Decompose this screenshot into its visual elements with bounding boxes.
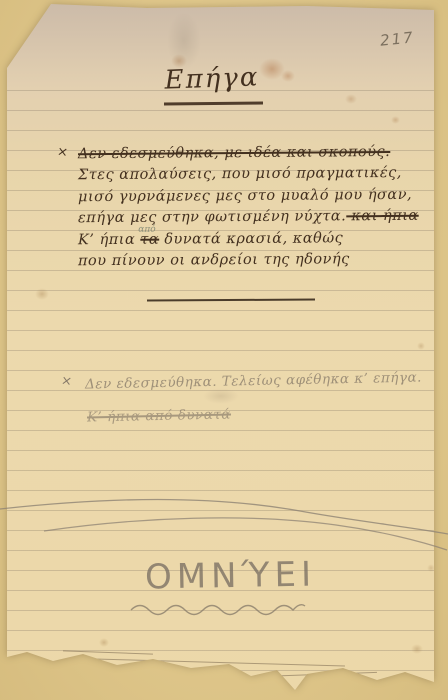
page-number: 217 <box>379 28 415 50</box>
inserted-word: από <box>138 219 156 241</box>
poem-line-5-pre: Κ’ ήπια <box>78 231 140 247</box>
struck-text: και ήπια <box>346 208 419 225</box>
manuscript-scan: { "page": { "number": "217" }, "title": … <box>0 0 448 700</box>
poem-title: Επήγα <box>127 61 298 97</box>
poem-line-5-post: δυνατά κρασιά, καθώς <box>159 230 343 247</box>
correction-segment: απότα <box>140 229 159 251</box>
pencil-struck-line: Κ’ ήπια από δυνατά <box>87 406 231 425</box>
poem-line-6: που πίνουν οι ανδρείοι της ηδονής <box>78 249 419 273</box>
poem-line-1: Δεν εδεσμεύθηκα, με ιδέα και σκοπούς. <box>78 142 419 166</box>
poem-stanza: Δεν εδεσμεύθηκα, με ιδέα και σκοπούς. Στ… <box>78 143 419 271</box>
poem-line-4: επήγα μες στην φωτισμένη νύχτα. και ήπια <box>78 206 419 230</box>
paper-sheet: 217 Επήγα × Δεν εδεσμεύθηκα, με ιδέα και… <box>7 4 434 694</box>
poem-line-3: μισό γυρνάμενες μες στο μυαλό μου ήσαν, <box>78 185 419 209</box>
pencil-caps-note: ΟΜΝΎΕΙ <box>145 555 317 598</box>
draft-x-mark: × <box>60 373 73 389</box>
crease-line <box>257 672 377 677</box>
poem-line-5: Κ’ ήπια απότα δυνατά κρασιά, καθώς <box>78 227 419 251</box>
paper-surface: 217 Επήγα × Δεν εδεσμεύθηκα, με ιδέα και… <box>7 4 434 694</box>
stanza-x-mark: × <box>56 144 69 160</box>
struck-text: Δεν εδεσμεύθηκα, με ιδέα και σκοπούς. <box>78 144 390 162</box>
poem-line-2: Στες απολαύσεις, που μισό πραγματικές, <box>78 163 419 187</box>
poem-line-4-text: επήγα μες στην φωτισμένη νύχτα. <box>78 209 346 227</box>
